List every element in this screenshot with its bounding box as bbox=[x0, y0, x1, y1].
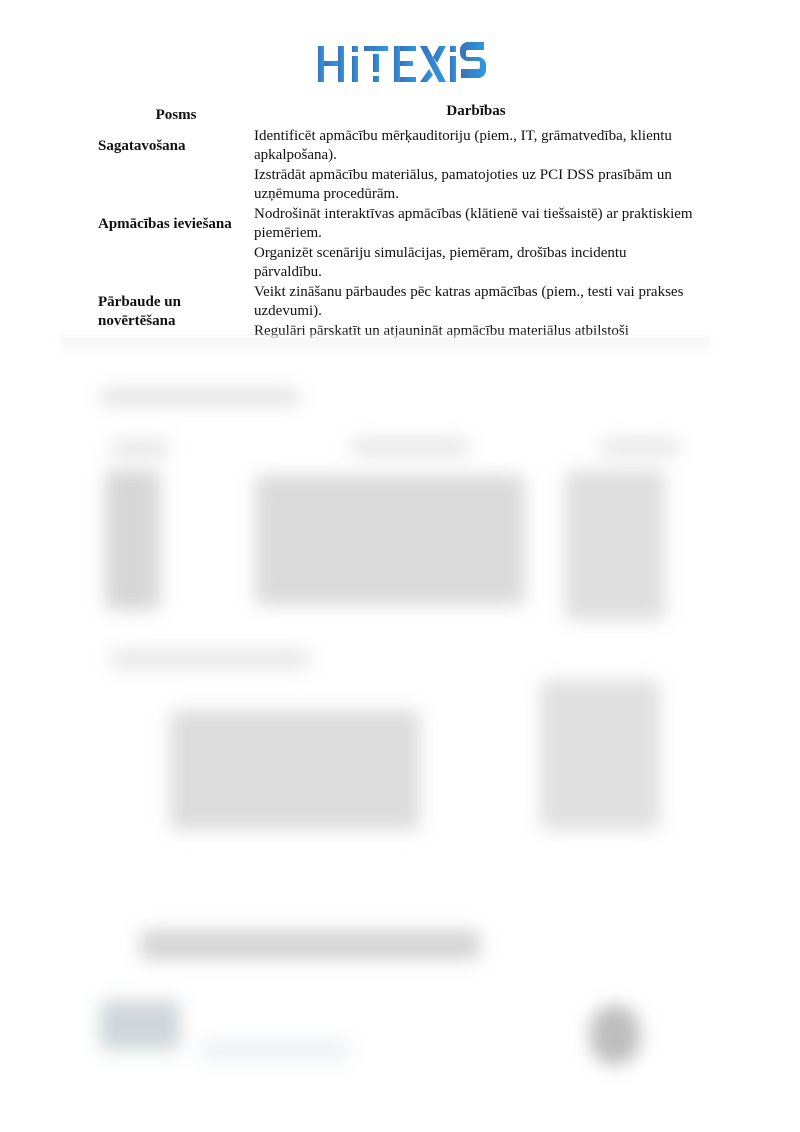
action-item: Veikt zināšanu pārbaudes pēc katras apmā… bbox=[254, 283, 698, 321]
header-stage: Posms bbox=[98, 96, 254, 127]
blurred-block bbox=[600, 440, 680, 454]
stage-cell: Sagatavošana bbox=[98, 127, 254, 205]
table-header-row: Posms Darbības bbox=[98, 96, 698, 127]
stage-cell: Pārbaude un novērtēšana bbox=[98, 283, 254, 342]
blurred-heading bbox=[100, 390, 300, 404]
blurred-block bbox=[140, 930, 480, 960]
table-row: Apmācības ieviešana Nodrošināt interaktī… bbox=[98, 205, 698, 283]
blurred-block bbox=[110, 440, 170, 456]
blurred-block bbox=[105, 470, 160, 610]
table-row: Sagatavošana Identificēt apmācību mērķau… bbox=[98, 127, 698, 205]
blurred-block bbox=[565, 470, 665, 620]
blurred-block bbox=[255, 475, 525, 605]
action-item: Identificēt apmācību mērķauditoriju (pie… bbox=[254, 127, 698, 165]
actions-cell: Veikt zināšanu pārbaudes pēc katras apmā… bbox=[254, 283, 698, 342]
actions-cell: Identificēt apmācību mērķauditoriju (pie… bbox=[254, 127, 698, 205]
blurred-footer-logo bbox=[100, 1000, 180, 1050]
header-actions: Darbības bbox=[254, 96, 698, 127]
training-stages-table: Posms Darbības Sagatavošana Identificēt … bbox=[98, 96, 698, 342]
action-item: Organizēt scenāriju simulācijas, piemēra… bbox=[254, 244, 698, 282]
blurred-footer-text bbox=[200, 1040, 350, 1060]
blurred-block bbox=[540, 680, 660, 830]
blurred-heading bbox=[110, 650, 310, 668]
actions-cell: Nodrošināt interaktīvas apmācības (klāti… bbox=[254, 205, 698, 283]
table-row: Pārbaude un novērtēšana Veikt zināšanu p… bbox=[98, 283, 698, 342]
blurred-badge bbox=[590, 1005, 640, 1065]
action-item: Izstrādāt apmācību materiālus, pamatojot… bbox=[254, 166, 698, 204]
blurred-block bbox=[170, 710, 420, 830]
action-item: Nodrošināt interaktīvas apmācības (klāti… bbox=[254, 205, 698, 243]
blurred-content bbox=[0, 340, 800, 1132]
blurred-block bbox=[350, 440, 470, 454]
stage-cell: Apmācības ieviešana bbox=[98, 205, 254, 283]
logo-graphic bbox=[316, 42, 488, 86]
hitexis-logo bbox=[316, 42, 488, 86]
